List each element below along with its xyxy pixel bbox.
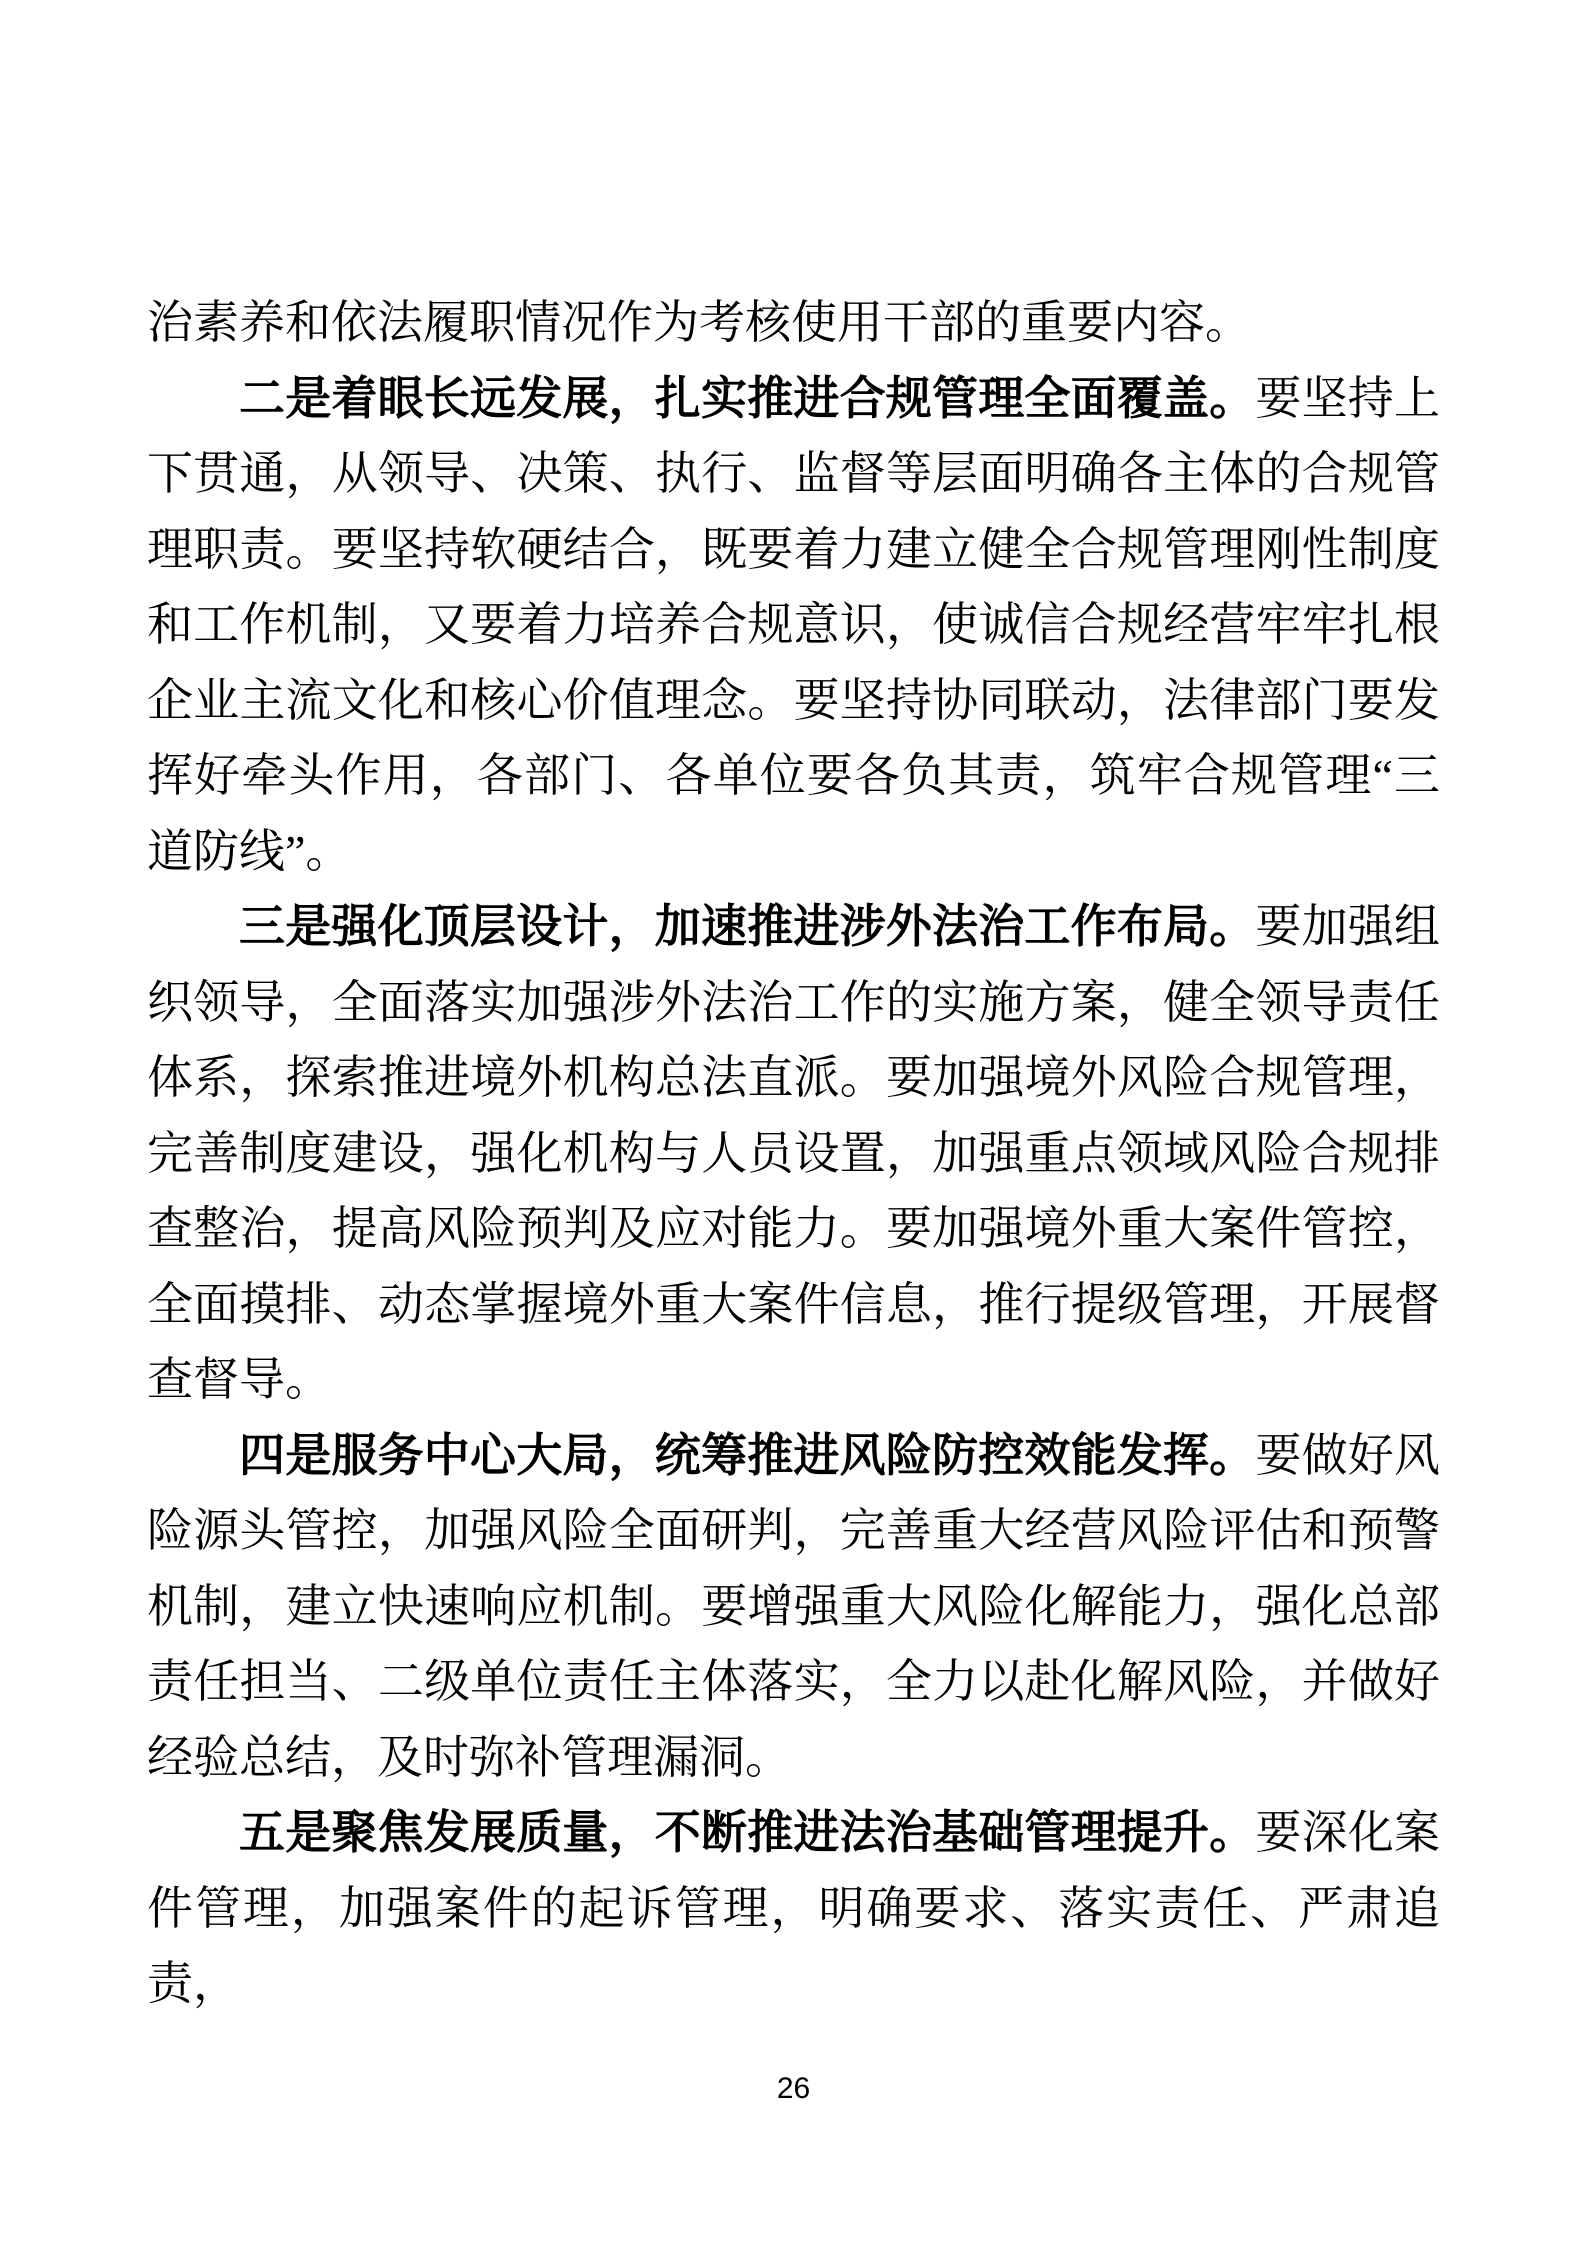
paragraph-body: 治素养和依法履职情况作为考核使用干部的重要内容。 xyxy=(147,297,1251,348)
paragraph: 治素养和依法履职情况作为考核使用干部的重要内容。 xyxy=(147,285,1440,361)
paragraph-lead: 四是服务中心大局，统筹推进风险防控效能发挥。 xyxy=(239,1430,1255,1481)
paragraph-body: 要坚持上下贯通，从领导、决策、执行、监督等层面明确各主体的合规管理职责。要坚持软… xyxy=(147,373,1440,877)
page-number: 26 xyxy=(0,2072,1587,2106)
paragraph-lead: 二是着眼长远发展，扎实推进合规管理全面覆盖。 xyxy=(239,373,1255,424)
document-page: 治素养和依法履职情况作为考核使用干部的重要内容。 二是着眼长远发展，扎实推进合规… xyxy=(0,0,1587,2245)
paragraph-lead: 三是强化顶层设计，加速推进涉外法治工作布局。 xyxy=(239,901,1255,952)
paragraph-body: 要加强组织领导，全面落实加强涉外法治工作的实施方案，健全领导责任体系，探索推进境… xyxy=(147,901,1440,1405)
document-body: 治素养和依法履职情况作为考核使用干部的重要内容。 二是着眼长远发展，扎实推进合规… xyxy=(147,285,1440,2022)
paragraph: 二是着眼长远发展，扎实推进合规管理全面覆盖。要坚持上下贯通，从领导、决策、执行、… xyxy=(147,361,1440,890)
paragraph: 五是聚焦发展质量，不断推进法治基础管理提升。要深化案件管理，加强案件的起诉管理，… xyxy=(147,1795,1440,2022)
paragraph: 三是强化顶层设计，加速推进涉外法治工作布局。要加强组织领导，全面落实加强涉外法治… xyxy=(147,889,1440,1418)
paragraph-lead: 五是聚焦发展质量，不断推进法治基础管理提升。 xyxy=(239,1807,1255,1858)
paragraph: 四是服务中心大局，统筹推进风险防控效能发挥。要做好风险源头管控，加强风险全面研判… xyxy=(147,1418,1440,1796)
paragraph-body: 要做好风险源头管控，加强风险全面研判，完善重大经营风险评估和预警机制，建立快速响… xyxy=(147,1430,1440,1783)
